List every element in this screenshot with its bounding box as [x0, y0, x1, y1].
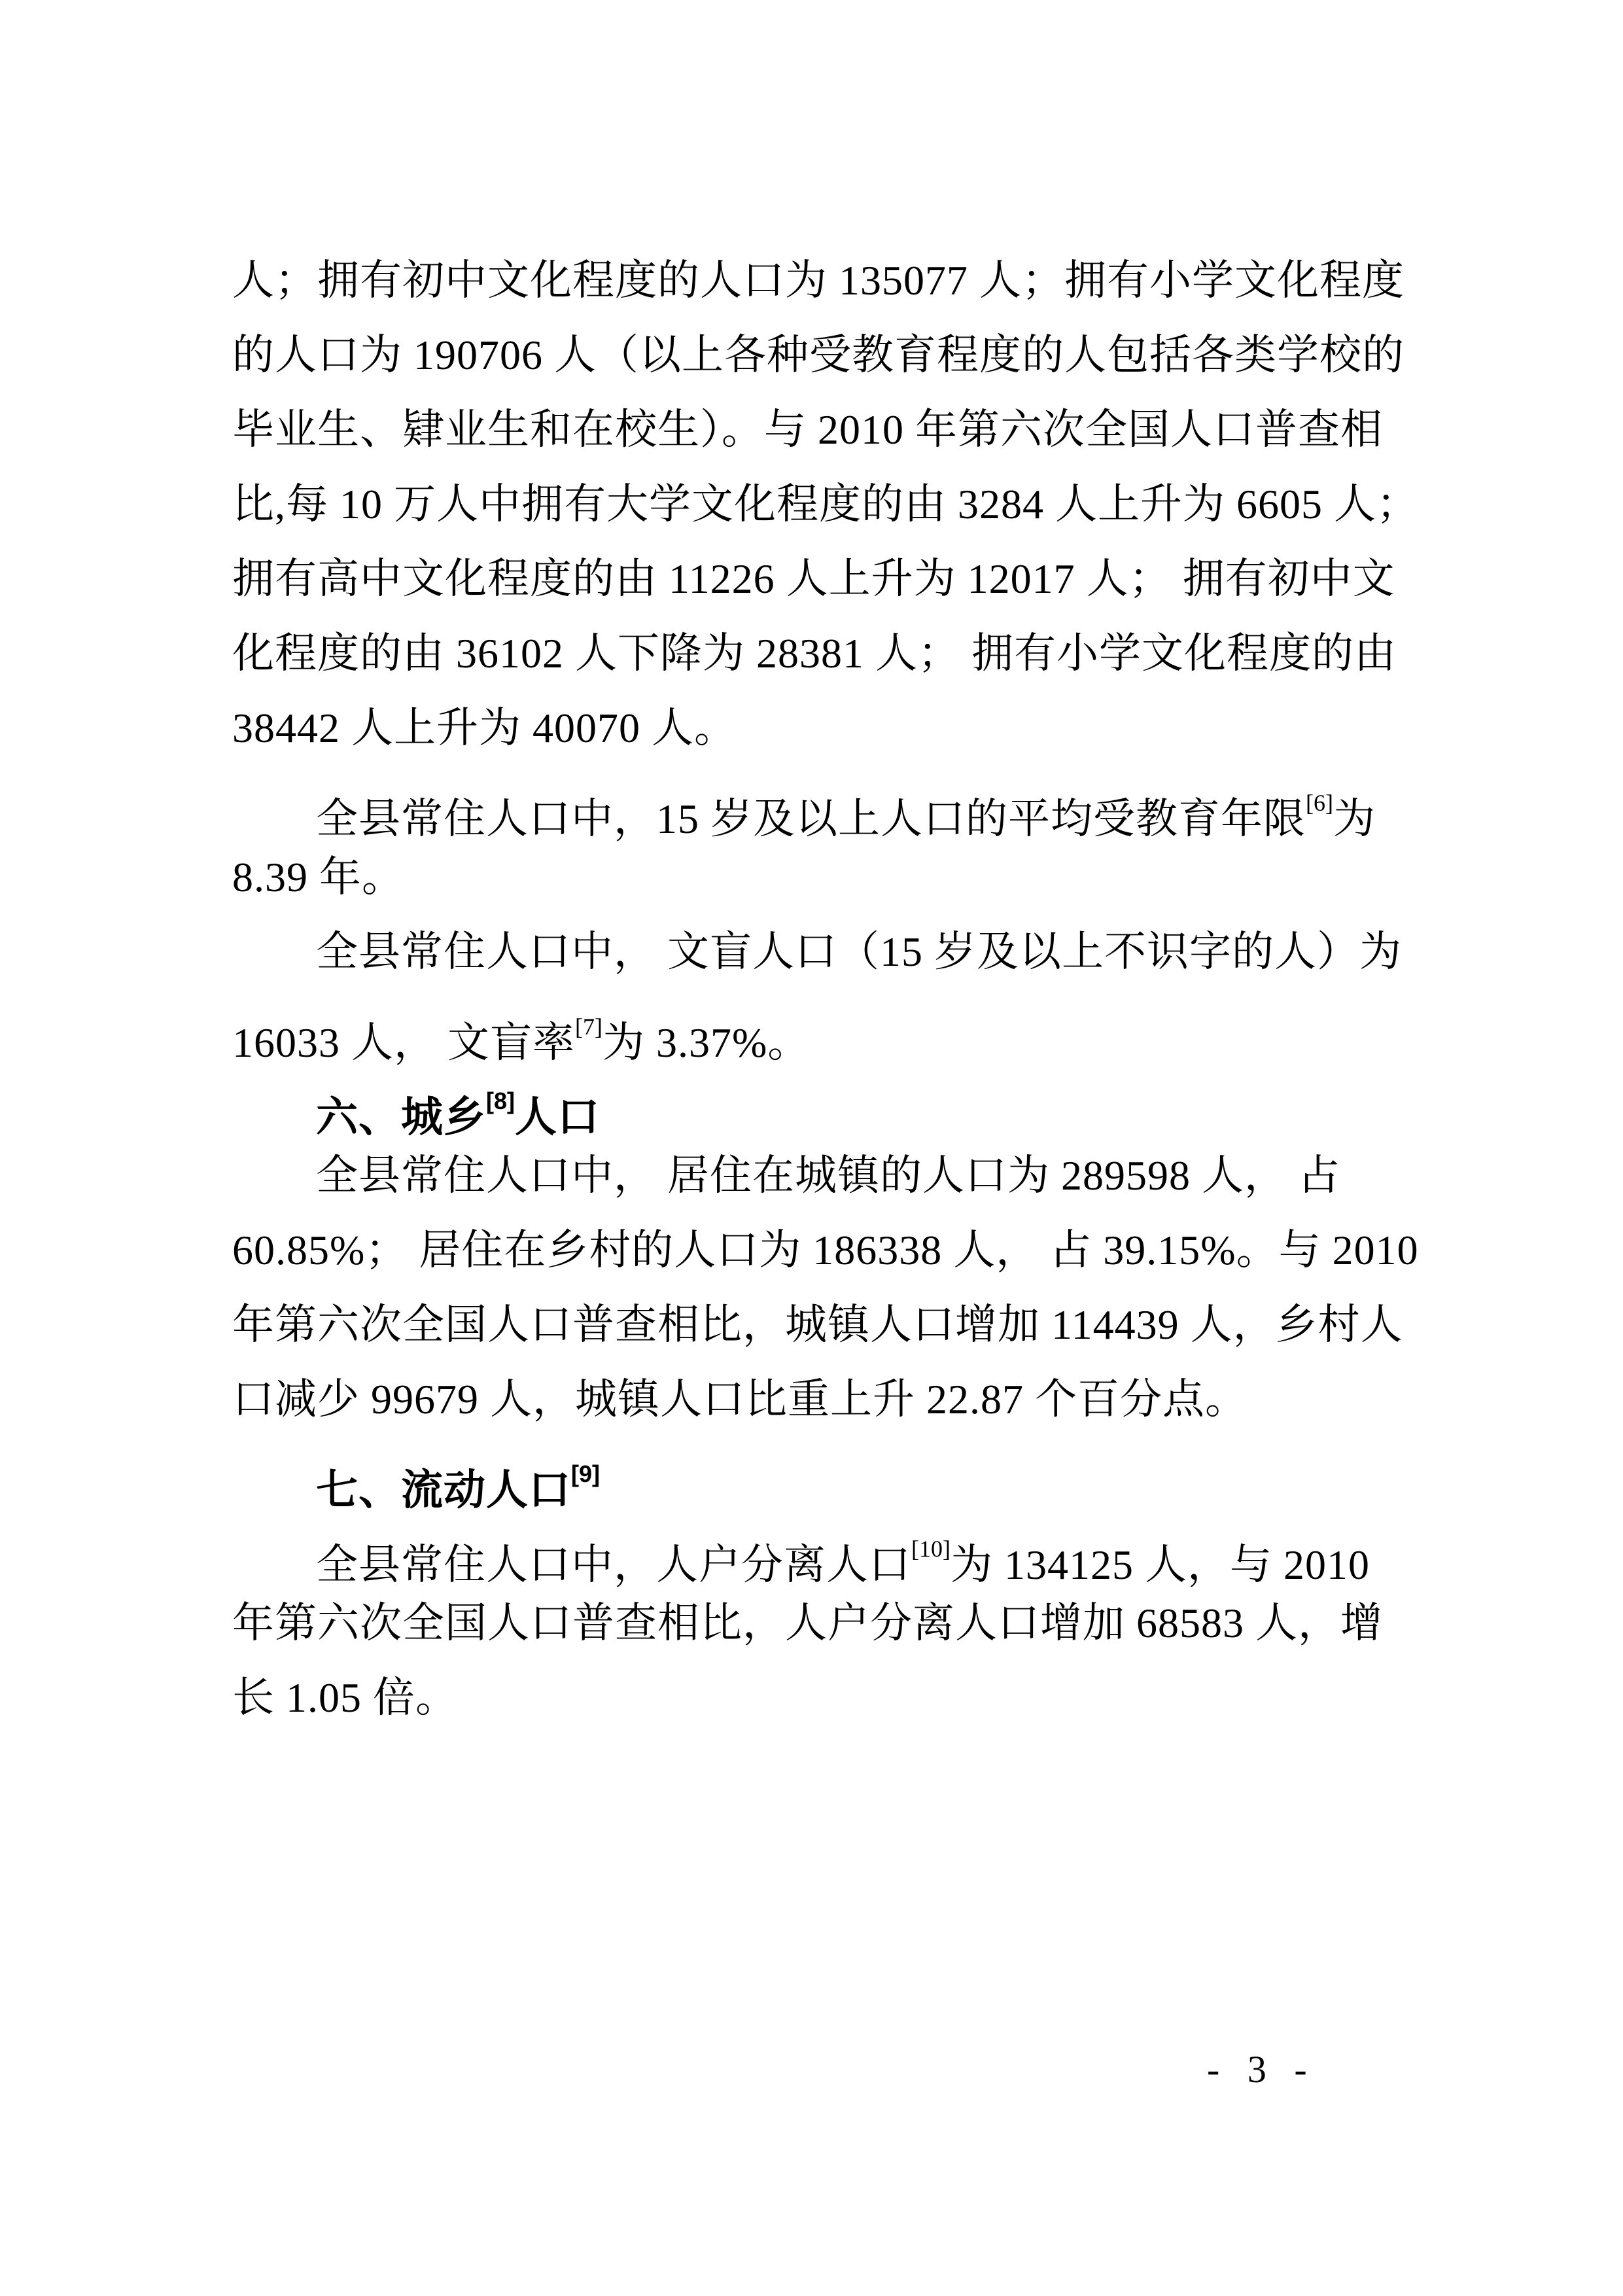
text-run: 的人口为 190706 人（以上各种受教育程度的人包括各类学校的: [232, 332, 1405, 378]
text-line: 60.85%； 居住在乡村的人口为 186338 人， 占 39.15%。与 2…: [232, 1213, 1389, 1288]
text-line: 长 1.05 倍。: [232, 1661, 1389, 1735]
text-line: 全县常住人口中，15 岁及以上人口的平均受教育年限[6]为: [232, 766, 1389, 840]
text-line: 人；拥有初中文化程度的人口为 135077 人；拥有小学文化程度: [232, 243, 1389, 318]
text-line: 38442 人上升为 40070 人。: [232, 691, 1389, 766]
text-run: 全县常住人口中，15 岁及以上人口的平均受教育年限: [316, 796, 1306, 842]
text-run: 为: [1333, 796, 1376, 842]
text-run: 全县常住人口中，人户分离人口: [316, 1542, 911, 1588]
text-run: 人；拥有初中文化程度的人口为 135077 人；拥有小学文化程度: [232, 257, 1405, 304]
text-line: 的人口为 190706 人（以上各种受教育程度的人包括各类学校的: [232, 318, 1389, 393]
text-run: 为 3.37%。: [602, 1019, 810, 1066]
document-body: 人；拥有初中文化程度的人口为 135077 人；拥有小学文化程度的人口为 190…: [232, 243, 1389, 1735]
text-run: 长 1.05 倍。: [232, 1674, 458, 1721]
text-run: 口减少 99679 人，城镇人口比重上升 22.87 个百分点。: [232, 1376, 1248, 1422]
text-line: 年第六次全国人口普查相比，人户分离人口增加 68583 人，增: [232, 1586, 1389, 1661]
text-run: 为 134125 人，与 2010: [951, 1542, 1370, 1588]
footnote-ref: [10]: [911, 1536, 951, 1562]
text-run: 年第六次全国人口普查相比，城镇人口增加 114439 人，乡村人: [232, 1301, 1403, 1348]
text-line: 毕业生、肄业生和在校生）。与 2010 年第六次全国人口普查相: [232, 393, 1389, 467]
text-run: 拥有高中文化程度的由 11226 人上升为 12017 人； 拥有初中文: [232, 556, 1395, 602]
text-run: 年第六次全国人口普查相比，人户分离人口增加 68583 人，增: [232, 1600, 1383, 1646]
text-run: 8.39 年。: [232, 854, 404, 900]
page-number: - 3 -: [1207, 2047, 1316, 2093]
text-line: 拥有高中文化程度的由 11226 人上升为 12017 人； 拥有初中文: [232, 542, 1389, 616]
section-heading: 七、流动人口[9]: [232, 1437, 1389, 1511]
text-line: 全县常住人口中， 居住在城镇的人口为 289598 人， 占: [232, 1139, 1389, 1213]
footnote-ref: [7]: [575, 1014, 602, 1040]
section-heading: 六、城乡[8]人口: [232, 1064, 1389, 1139]
text-run: 60.85%； 居住在乡村的人口为 186338 人， 占 39.15%。与 2…: [232, 1227, 1419, 1273]
text-run: 全县常住人口中， 居住在城镇的人口为 289598 人， 占: [316, 1152, 1340, 1199]
text-run: 六、城乡: [316, 1093, 486, 1140]
footnote-ref: [8]: [486, 1087, 515, 1114]
text-run: 全县常住人口中， 文盲人口（15 岁及以上不识字的人）为: [316, 928, 1402, 975]
text-run: 人口: [515, 1093, 600, 1140]
text-line: 比,每 10 万人中拥有大学文化程度的由 3284 人上升为 6605 人；: [232, 467, 1389, 542]
footnote-ref: [6]: [1306, 790, 1333, 816]
text-run: 16033 人， 文盲率: [232, 1019, 575, 1066]
footnote-ref: [9]: [571, 1460, 600, 1487]
document-page: 人；拥有初中文化程度的人口为 135077 人；拥有小学文化程度的人口为 190…: [0, 0, 1623, 2296]
text-line: 化程度的由 36102 人下降为 28381 人； 拥有小学文化程度的由: [232, 616, 1389, 691]
text-run: 比,每 10 万人中拥有大学文化程度的由 3284 人上升为 6605 人；: [232, 481, 1419, 527]
text-line: 全县常住人口中，人户分离人口[10]为 134125 人，与 2010: [232, 1511, 1389, 1586]
text-line: 16033 人， 文盲率[7]为 3.37%。: [232, 989, 1389, 1064]
text-run: 七、流动人口: [316, 1466, 571, 1513]
text-line: 口减少 99679 人，城镇人口比重上升 22.87 个百分点。: [232, 1362, 1389, 1437]
text-run: 38442 人上升为 40070 人。: [232, 705, 737, 751]
text-run: 毕业生、肄业生和在校生）。与 2010 年第六次全国人口普查相: [232, 406, 1383, 453]
text-run: 化程度的由 36102 人下降为 28381 人； 拥有小学文化程度的由: [232, 630, 1397, 677]
text-line: 全县常住人口中， 文盲人口（15 岁及以上不识字的人）为: [232, 915, 1389, 989]
text-line: 年第六次全国人口普查相比，城镇人口增加 114439 人，乡村人: [232, 1288, 1389, 1362]
text-line: 8.39 年。: [232, 840, 1389, 915]
